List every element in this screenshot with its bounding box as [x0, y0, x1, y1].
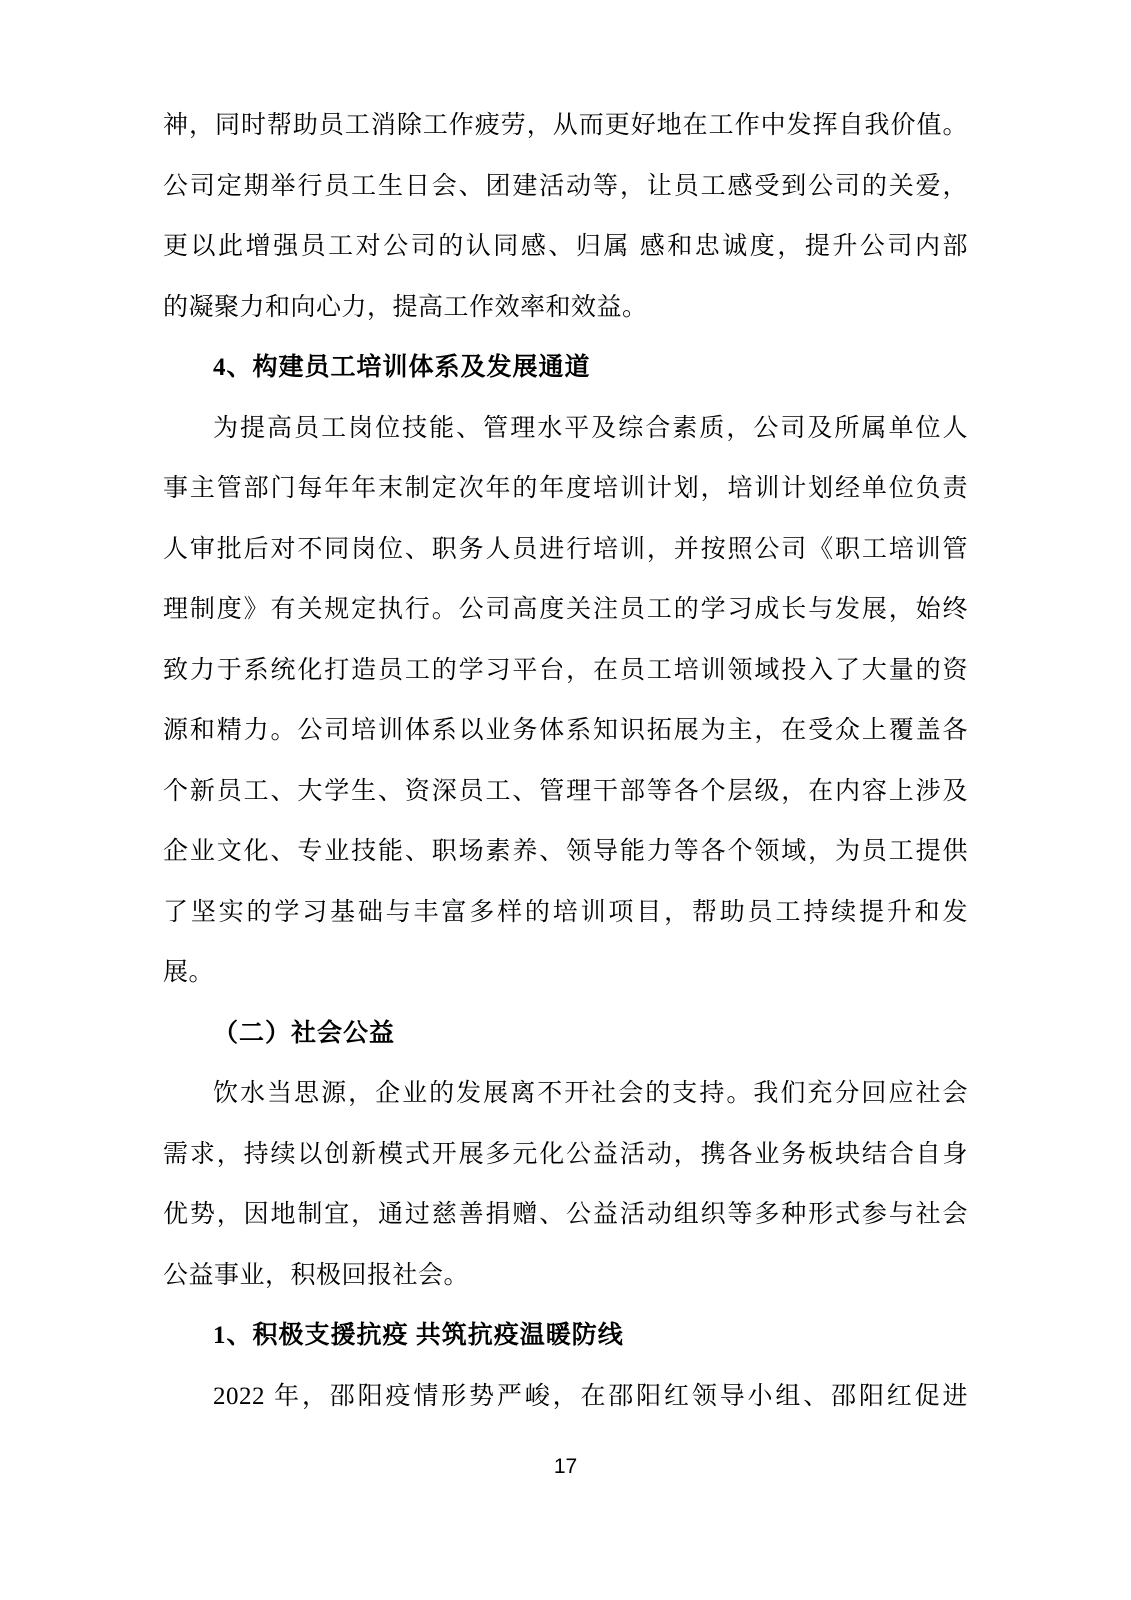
paragraph: 饮水当思源，企业的发展离不开社会的支持。我们充分回应社会需求，持续以创新模式开展… — [163, 1064, 968, 1306]
text-line: 2022 年，邵阳疫情形势严峻，在邵阳红领导小组、邵阳红促进 — [163, 1367, 968, 1428]
text-line: 为提高员工岗位技能、管理水平及综合素质，公司及所属单位人 — [163, 399, 968, 460]
paragraph: 为提高员工岗位技能、管理水平及综合素质，公司及所属单位人事主管部门每年年末制定次… — [163, 399, 968, 1004]
section-heading: （二）社会公益 — [163, 1004, 968, 1065]
text-line: 神，同时帮助员工消除工作疲劳，从而更好地在工作中发挥自我价值。 — [163, 96, 968, 157]
section-heading: 1、积极支援抗疫 共筑抗疫温暖防线 — [163, 1306, 968, 1367]
text-line: 源和精力。公司培训体系以业务体系知识拓展为主，在受众上覆盖各 — [163, 701, 968, 762]
section-heading: 4、构建员工培训体系及发展通道 — [163, 338, 968, 399]
text-line: 需求，持续以创新模式开展多元化公益活动，携各业务板块结合自身 — [163, 1125, 968, 1186]
text-line: 1、积极支援抗疫 共筑抗疫温暖防线 — [163, 1306, 968, 1367]
text-line: 了坚实的学习基础与丰富多样的培训项目，帮助员工持续提升和发 — [163, 883, 968, 944]
text-line: 理制度》有关规定执行。公司高度关注员工的学习成长与发展，始终 — [163, 580, 968, 641]
text-line: 4、构建员工培训体系及发展通道 — [163, 338, 968, 399]
document-body: 神，同时帮助员工消除工作疲劳，从而更好地在工作中发挥自我价值。公司定期举行员工生… — [163, 96, 968, 1427]
text-line: 优势，因地制宜，通过慈善捐赠、公益活动组织等多种形式参与社会 — [163, 1185, 968, 1246]
text-line: 事主管部门每年年末制定次年的年度培训计划，培训计划经单位负责 — [163, 459, 968, 520]
page-number: 17 — [554, 1455, 577, 1478]
text-line: 公益事业，积极回报社会。 — [163, 1246, 968, 1307]
text-line: 饮水当思源，企业的发展离不开社会的支持。我们充分回应社会 — [163, 1064, 968, 1125]
text-line: 企业文化、专业技能、职场素养、领导能力等各个领域，为员工提供 — [163, 822, 968, 883]
text-line: 人审批后对不同岗位、职务人员进行培训，并按照公司《职工培训管 — [163, 520, 968, 581]
text-line: 公司定期举行员工生日会、团建活动等，让员工感受到公司的关爱， — [163, 157, 968, 218]
document-page: 神，同时帮助员工消除工作疲劳，从而更好地在工作中发挥自我价值。公司定期举行员工生… — [0, 0, 1131, 1600]
paragraph: 2022 年，邵阳疫情形势严峻，在邵阳红领导小组、邵阳红促进 — [163, 1367, 968, 1428]
text-line: 个新员工、大学生、资深员工、管理干部等各个层级，在内容上涉及 — [163, 762, 968, 823]
text-line: 致力于系统化打造员工的学习平台，在员工培训领域投入了大量的资 — [163, 641, 968, 702]
page-footer: 17 — [0, 1455, 1131, 1479]
text-line: 更以此增强员工对公司的认同感、归属 感和忠诚度，提升公司内部 — [163, 217, 968, 278]
text-line: 的凝聚力和向心力，提高工作效率和效益。 — [163, 278, 968, 339]
text-line: 展。 — [163, 943, 968, 1004]
text-line: （二）社会公益 — [163, 1004, 968, 1065]
paragraph: 神，同时帮助员工消除工作疲劳，从而更好地在工作中发挥自我价值。公司定期举行员工生… — [163, 96, 968, 338]
